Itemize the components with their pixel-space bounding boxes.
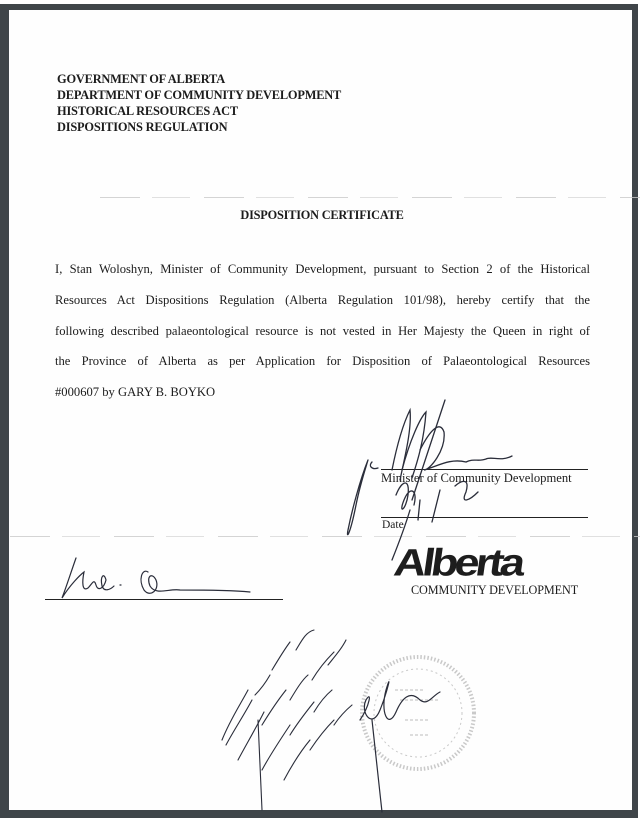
header-line-government: GOVERNMENT OF ALBERTA	[57, 71, 341, 87]
body-line: I, Stan Woloshyn, Minister of Community …	[55, 254, 590, 285]
issuer-header: GOVERNMENT OF ALBERTA DEPARTMENT OF COMM…	[57, 71, 341, 135]
body-line: following described palaeontological res…	[55, 316, 590, 347]
fold-crease	[100, 197, 640, 198]
body-line: Resources Act Dispositions Regulation (A…	[55, 285, 590, 316]
header-line-act: HISTORICAL RESOURCES ACT	[57, 103, 341, 119]
date-label: Date	[382, 519, 404, 531]
logo-subtitle: COMMUNITY DEVELOPMENT	[411, 583, 578, 598]
witness-signature-line	[45, 599, 283, 600]
body-line: the Province of Alberta as per Applicati…	[55, 346, 590, 377]
header-line-regulation: DISPOSITIONS REGULATION	[57, 119, 341, 135]
certificate-title: DISPOSITION CERTIFICATE	[0, 208, 644, 223]
minister-label: Minister of Community Development	[381, 471, 572, 486]
body-line: #000607 by GARY B. BOYKO	[55, 377, 590, 408]
fold-crease	[10, 536, 640, 537]
alberta-logo: Alberta	[392, 543, 524, 581]
date-line	[381, 517, 588, 518]
minister-signature-line	[381, 469, 588, 470]
certificate-body: I, Stan Woloshyn, Minister of Community …	[55, 254, 590, 408]
header-line-department: DEPARTMENT OF COMMUNITY DEVELOPMENT	[57, 87, 341, 103]
